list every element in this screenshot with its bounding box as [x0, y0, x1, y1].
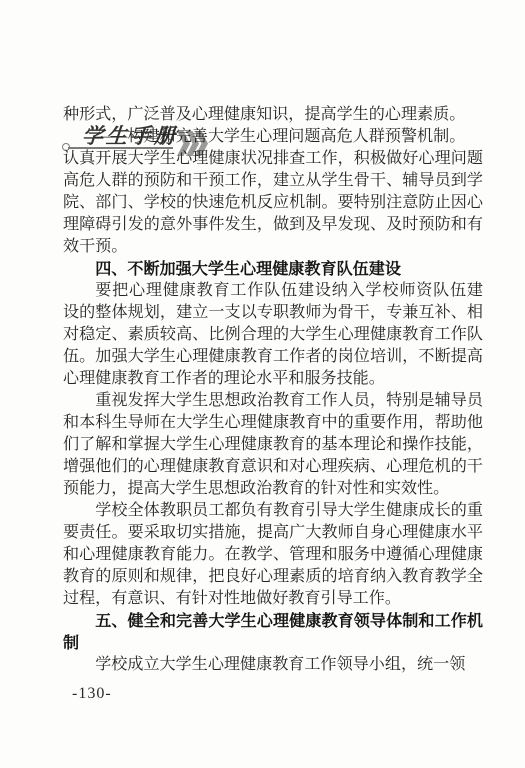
text-line: 院、部门、学校的快速危机反应机制。要特别注意防止因心: [63, 192, 483, 214]
heading-line: 四、不断加强大学生心理健康教育队伍建设: [63, 258, 483, 280]
text-line: 预能力，提高大学生思想政治教育的针对性和实效性。: [63, 478, 483, 500]
text-line: 对稳定、素质较高、比例合理的大学生心理健康教育工作队: [63, 324, 483, 346]
handbook-page: 学生手册 种形式，广泛普及心理健康知识，提高学生的心理素质。——构建和完善大学生…: [0, 0, 525, 768]
text-line: 过程，有意识、有针对性地做好教育引导工作。: [63, 588, 483, 610]
text-line: 和本科生导师在大学生心理健康教育中的重要作用，帮助他: [63, 412, 483, 434]
text-line: 高危人群的预防和干预工作，建立从学生骨干、辅导员到学: [63, 170, 483, 192]
text-line: 学校全体教职员工都负有教育引导大学生健康成长的重: [63, 500, 483, 522]
text-line: 和心理健康教育能力。在教学、管理和服务中遵循心理健康: [63, 544, 483, 566]
text-line: 种形式，广泛普及心理健康知识，提高学生的心理素质。: [63, 104, 483, 126]
text-line: 增强他们的心理健康教育意识和对心理疾病、心理危机的干: [63, 456, 483, 478]
page-number: -130-: [72, 685, 112, 703]
text-line: 们了解和掌握大学生心理健康教育的基本理论和操作技能，: [63, 434, 483, 456]
text-line: 理障碍引发的意外事件发生，做到及早发现、及时预防和有: [63, 214, 483, 236]
text-line: 设的整体规划，建立一支以专职教师为骨干，专兼互补、相: [63, 302, 483, 324]
text-line: 要责任。要采取切实措施，提高广大教师自身心理健康水平: [63, 522, 483, 544]
text-line: 伍。加强大学生心理健康教育工作者的岗位培训，不断提高: [63, 346, 483, 368]
heading-line: 制: [63, 632, 483, 654]
text-line: 认真开展大学生心理健康状况排查工作，积极做好心理问题: [63, 148, 483, 170]
heading-line: 五、健全和完善大学生心理健康教育领导体制和工作机: [63, 610, 483, 632]
text-line: 学校成立大学生心理健康教育工作领导小组，统一领: [63, 654, 483, 676]
text-line: 教育的原则和规律，把良好心理素质的培育纳入教育教学全: [63, 566, 483, 588]
text-line: 要把心理健康教育工作队伍建设纳入学校师资队伍建: [63, 280, 483, 302]
text-line: 重视发挥大学生思想政治教育工作人员，特别是辅导员: [63, 390, 483, 412]
text-line: 心理健康教育工作者的理论水平和服务技能。: [63, 368, 483, 390]
text-block: 种形式，广泛普及心理健康知识，提高学生的心理素质。——构建和完善大学生心理问题高…: [63, 104, 483, 676]
page-header: 学生手册: [0, 60, 525, 100]
text-line: 效干预。: [63, 236, 483, 258]
text-line: ——构建和完善大学生心理问题高危人群预警机制。: [63, 126, 483, 148]
